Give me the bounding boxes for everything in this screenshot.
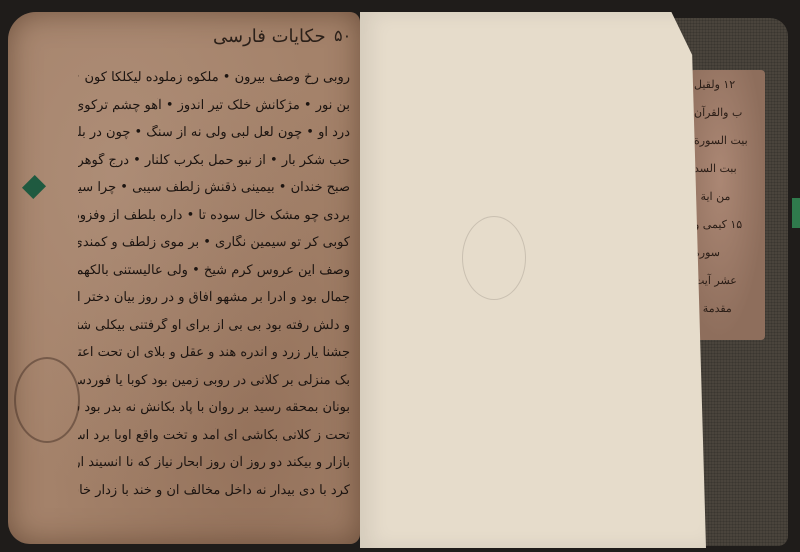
fragment-line: سورة	[694, 246, 720, 259]
text-line: بردی چو مشک خال سوده تا • داره بلطف از و…	[78, 208, 350, 236]
green-bookmark-tab	[792, 198, 800, 228]
handwritten-text-block: روبی رخ وصف بیرون • ملکوه زملوده لیکلکا …	[78, 70, 350, 510]
fragment-line: ب والقرآن	[694, 106, 742, 119]
text-line: تحت ز کلانی بکاشی ای آمد و تخت واقع اوبا…	[78, 428, 350, 456]
fragment-line: مقدمة و	[694, 302, 732, 315]
text-line: صبح خندان • بیمینی ذقنش زلطف سیبی • چرا …	[78, 180, 350, 208]
fragment-line: ۱۲ ولقیل	[694, 78, 735, 91]
text-line: بونان بمحقه رسید بر روان با پاد بکانش نه…	[78, 400, 350, 428]
text-line: درد او • چون لعل لبی ولی نه از سنگ • چون…	[78, 125, 350, 153]
fragment-line: بیت السورة	[694, 134, 748, 147]
text-line: حب شکر بار • از نبو حمل بکرب کلنار • درج…	[78, 153, 350, 181]
fragment-line: من ایة ا	[694, 190, 730, 203]
text-line: و دلش رفته بود بی بی از برای او گرفتنی ب…	[78, 318, 350, 346]
text-line: وصف این عروس کرم شیخ • ولی عالیستنی بالک…	[78, 263, 350, 291]
seal-stamp-outline	[14, 357, 80, 443]
manuscript-left-page: حکایات فارسی ۵۰ روبی رخ وصف بیرون • ملکو…	[8, 12, 360, 544]
faint-oval-stamp	[462, 216, 526, 300]
text-line: بازار و بیکند دو روز آن روز ابحار نیاز ک…	[78, 455, 350, 483]
page-header-title: حکایات فارسی	[213, 26, 326, 47]
text-line: کوبی کر تو سیمین نگاری • بر موی زلطف و ک…	[78, 235, 350, 263]
text-line: جشنا یار زرد و اندره هند و عقل و بلای ان…	[78, 345, 350, 373]
fragment-line: ۱۵ کیمی و	[694, 218, 742, 231]
text-line: روبی رخ وصف بیرون • ملکوه زملوده لیکلکا …	[78, 70, 350, 98]
text-line: بک منزلی بر کلانی در روبی زمین بود کوبا …	[78, 373, 350, 401]
blank-facing-page	[360, 12, 706, 548]
text-line: بن نور • مژکانش خلک تیر اندوز • آهو چشم …	[78, 98, 350, 126]
text-line: جمال بود و ادرا بر مشهو آفاق و در روز بی…	[78, 290, 350, 318]
fragment-line: عشر آیت	[694, 274, 737, 287]
fragment-line: ببت السد	[694, 162, 737, 175]
page-number: ۵۰	[334, 26, 351, 45]
text-line: کرد با دی بیدار نه داخل مخالف ان و خند ب…	[78, 483, 350, 511]
underlying-page-fragment: ۱۲ ولقیل ب والقرآن بیت السورة ببت السد م…	[690, 70, 765, 340]
